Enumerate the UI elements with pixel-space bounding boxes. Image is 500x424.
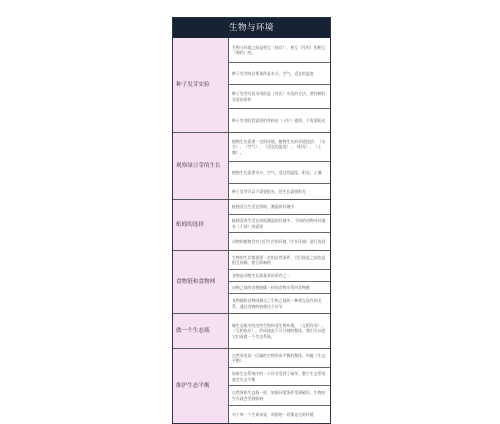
- leaf-list: 植物生长需要一定的环境，植物生长的环境包括：（水分）、（空气）、（适宜的温度）、…: [229, 133, 330, 199]
- leaf-list: 像生态瓶中的这些生物和非生物环境，（互相作用），（互相依存），形成彼此不可分割的…: [229, 314, 330, 348]
- leaf-list: 自然界里某一区域的生物形成平衡的整体，叫做（生态平衡）如果生态系统中的一个环节受…: [229, 349, 330, 360]
- leaf-list: 生物与环境之间是相互（依存）、相互（作用）和相互（制约）的。种子发芽的必须条件是…: [229, 38, 330, 132]
- leaf-node[interactable]: 动物和植物会对它们生存的环境（生存环境）进行选择: [229, 232, 330, 250]
- topic-group: 维护生态平衡自然界里某一区域的生物形成平衡的整体，叫做（生态平衡）如果生态系统中…: [173, 348, 330, 360]
- leaf-node[interactable]: 种子发芽的必须条件是水分、空气、适宜的温度: [229, 62, 330, 84]
- mind-map: 生物与环境 种子发芽实验生物与环境之间是相互（依存）、相互（作用）和相互（制约）…: [172, 17, 331, 360]
- leaf-node[interactable]: 植物生长需要水分、空气、适宜的温度、阳光、土壤: [229, 161, 330, 183]
- leaf-node[interactable]: 食物链和食物网揭示了生物之间的一种相互依存的关系，通过食物的转移这个环节: [229, 293, 330, 313]
- leaf-node[interactable]: 种子发芽可以不需要阳光，但生长需要阳光: [229, 183, 330, 199]
- leaf-node[interactable]: 植物生长需要一定的环境，植物生长的环境包括：（水分）、（空气）、（适宜的温度）、…: [229, 133, 330, 161]
- leaf-list: 蚯蚓适合生活在阴暗、潮湿的环境中蚯蚓喜欢生活在阴暗潮湿的环境中，不同的动物对环境…: [229, 200, 330, 250]
- leaf-node[interactable]: 生物的生存都需要一定的自然条件，它们彼此之间也是相互依赖、相互影响的: [229, 251, 330, 269]
- topic-node[interactable]: 食物链和食物网: [173, 251, 229, 313]
- topic-group: 观察绿豆芽的生长植物生长需要一定的环境，植物生长的环境包括：（水分）、（空气）、…: [173, 132, 330, 199]
- topic-group: 种子发芽实验生物与环境之间是相互（依存）、相互（作用）和相互（制约）的。种子发芽…: [173, 38, 330, 132]
- leaf-node[interactable]: 种子发芽实验采用的是（对比）实验的方法，要控制好实验的条件: [229, 84, 330, 108]
- topic-group: 食物链和食物网生物的生存都需要一定的自然条件，它们彼此之间也是相互依赖、相互影响…: [173, 250, 330, 313]
- topic-node[interactable]: 观察绿豆芽的生长: [173, 133, 229, 199]
- leaf-node[interactable]: 生物与环境之间是相互（依存）、相互（作用）和相互（制约）的。: [229, 38, 330, 62]
- topic-node[interactable]: 种子发芽实验: [173, 38, 229, 132]
- leaf-list: 生物的生存都需要一定的自然条件，它们彼此之间也是相互依赖、相互影响的食物是动物生…: [229, 251, 330, 313]
- topic-group: 蚯蚓的选择蚯蚓适合生活在阴暗、潮湿的环境中蚯蚓喜欢生活在阴暗潮湿的环境中，不同的…: [173, 199, 330, 250]
- map-title: 生物与环境: [173, 18, 330, 38]
- leaf-node[interactable]: 动物之间的食物链像一样的食物关系叫食物链: [229, 281, 330, 293]
- topic-group: 做一个生态瓶像生态瓶中的这些生物和非生物环境，（互相作用），（互相依存），形成彼…: [173, 313, 330, 348]
- leaf-node[interactable]: 食物是动物生存最基本的条件之一: [229, 269, 330, 281]
- leaf-node[interactable]: 蚯蚓喜欢生活在阴暗潮湿的环境中，不同的动物对环境有（不同）的需要: [229, 214, 330, 232]
- leaf-node[interactable]: 蚯蚓适合生活在阴暗、潮湿的环境中: [229, 200, 330, 214]
- topic-groups: 种子发芽实验生物与环境之间是相互（依存）、相互（作用）和相互（制约）的。种子发芽…: [173, 38, 330, 360]
- leaf-node[interactable]: 种子发芽阶段需要的养料由（子叶）提供，不需要阳光: [229, 108, 330, 132]
- leaf-node[interactable]: 自然界里某一区域的生物形成平衡的整体，叫做（生态平衡）: [229, 349, 330, 360]
- topic-node[interactable]: 做一个生态瓶: [173, 314, 229, 348]
- topic-node[interactable]: 维护生态平衡: [173, 349, 229, 360]
- leaf-node[interactable]: 像生态瓶中的这些生物和非生物环境，（互相作用），（互相依存），形成彼此不可分割的…: [229, 314, 330, 348]
- topic-node[interactable]: 蚯蚓的选择: [173, 200, 229, 250]
